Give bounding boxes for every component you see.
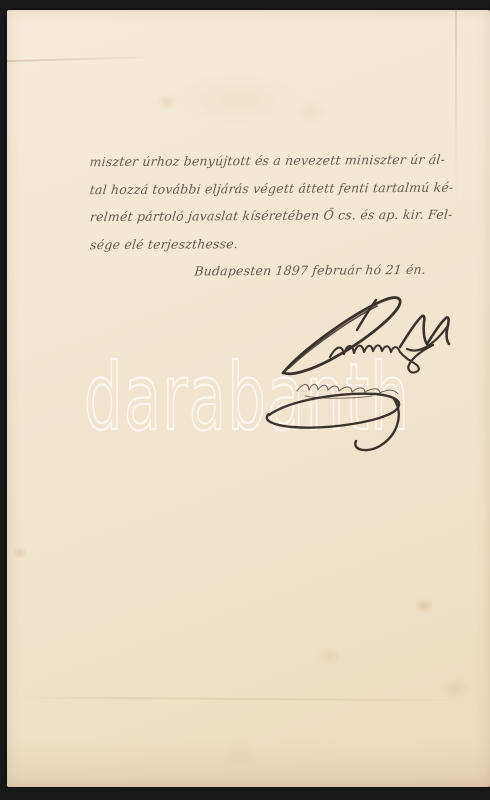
handwriting-line: miszter úrhoz benyújtott és a nevezett m… [88, 146, 431, 176]
crease-right [455, 10, 457, 205]
handwriting-line: relmét pártoló javaslat kíséretében Ő cs… [89, 201, 432, 231]
handwriting-line: sége elé terjeszthesse. [89, 228, 432, 258]
handwriting-line: tal hozzá további eljárás végett áttett … [88, 173, 431, 203]
photo-background: miszter úrhoz benyújtott és a nevezett m… [0, 0, 490, 800]
crease-bottom [7, 696, 490, 701]
paper-stains [7, 10, 490, 787]
manuscript-block: miszter úrhoz benyújtott és a nevezett m… [90, 146, 431, 286]
document-paper: miszter úrhoz benyújtott és a nevezett m… [7, 10, 490, 787]
date-line: Budapesten 1897 február hó 21 én. [193, 256, 432, 285]
crease-top-left [7, 56, 162, 62]
